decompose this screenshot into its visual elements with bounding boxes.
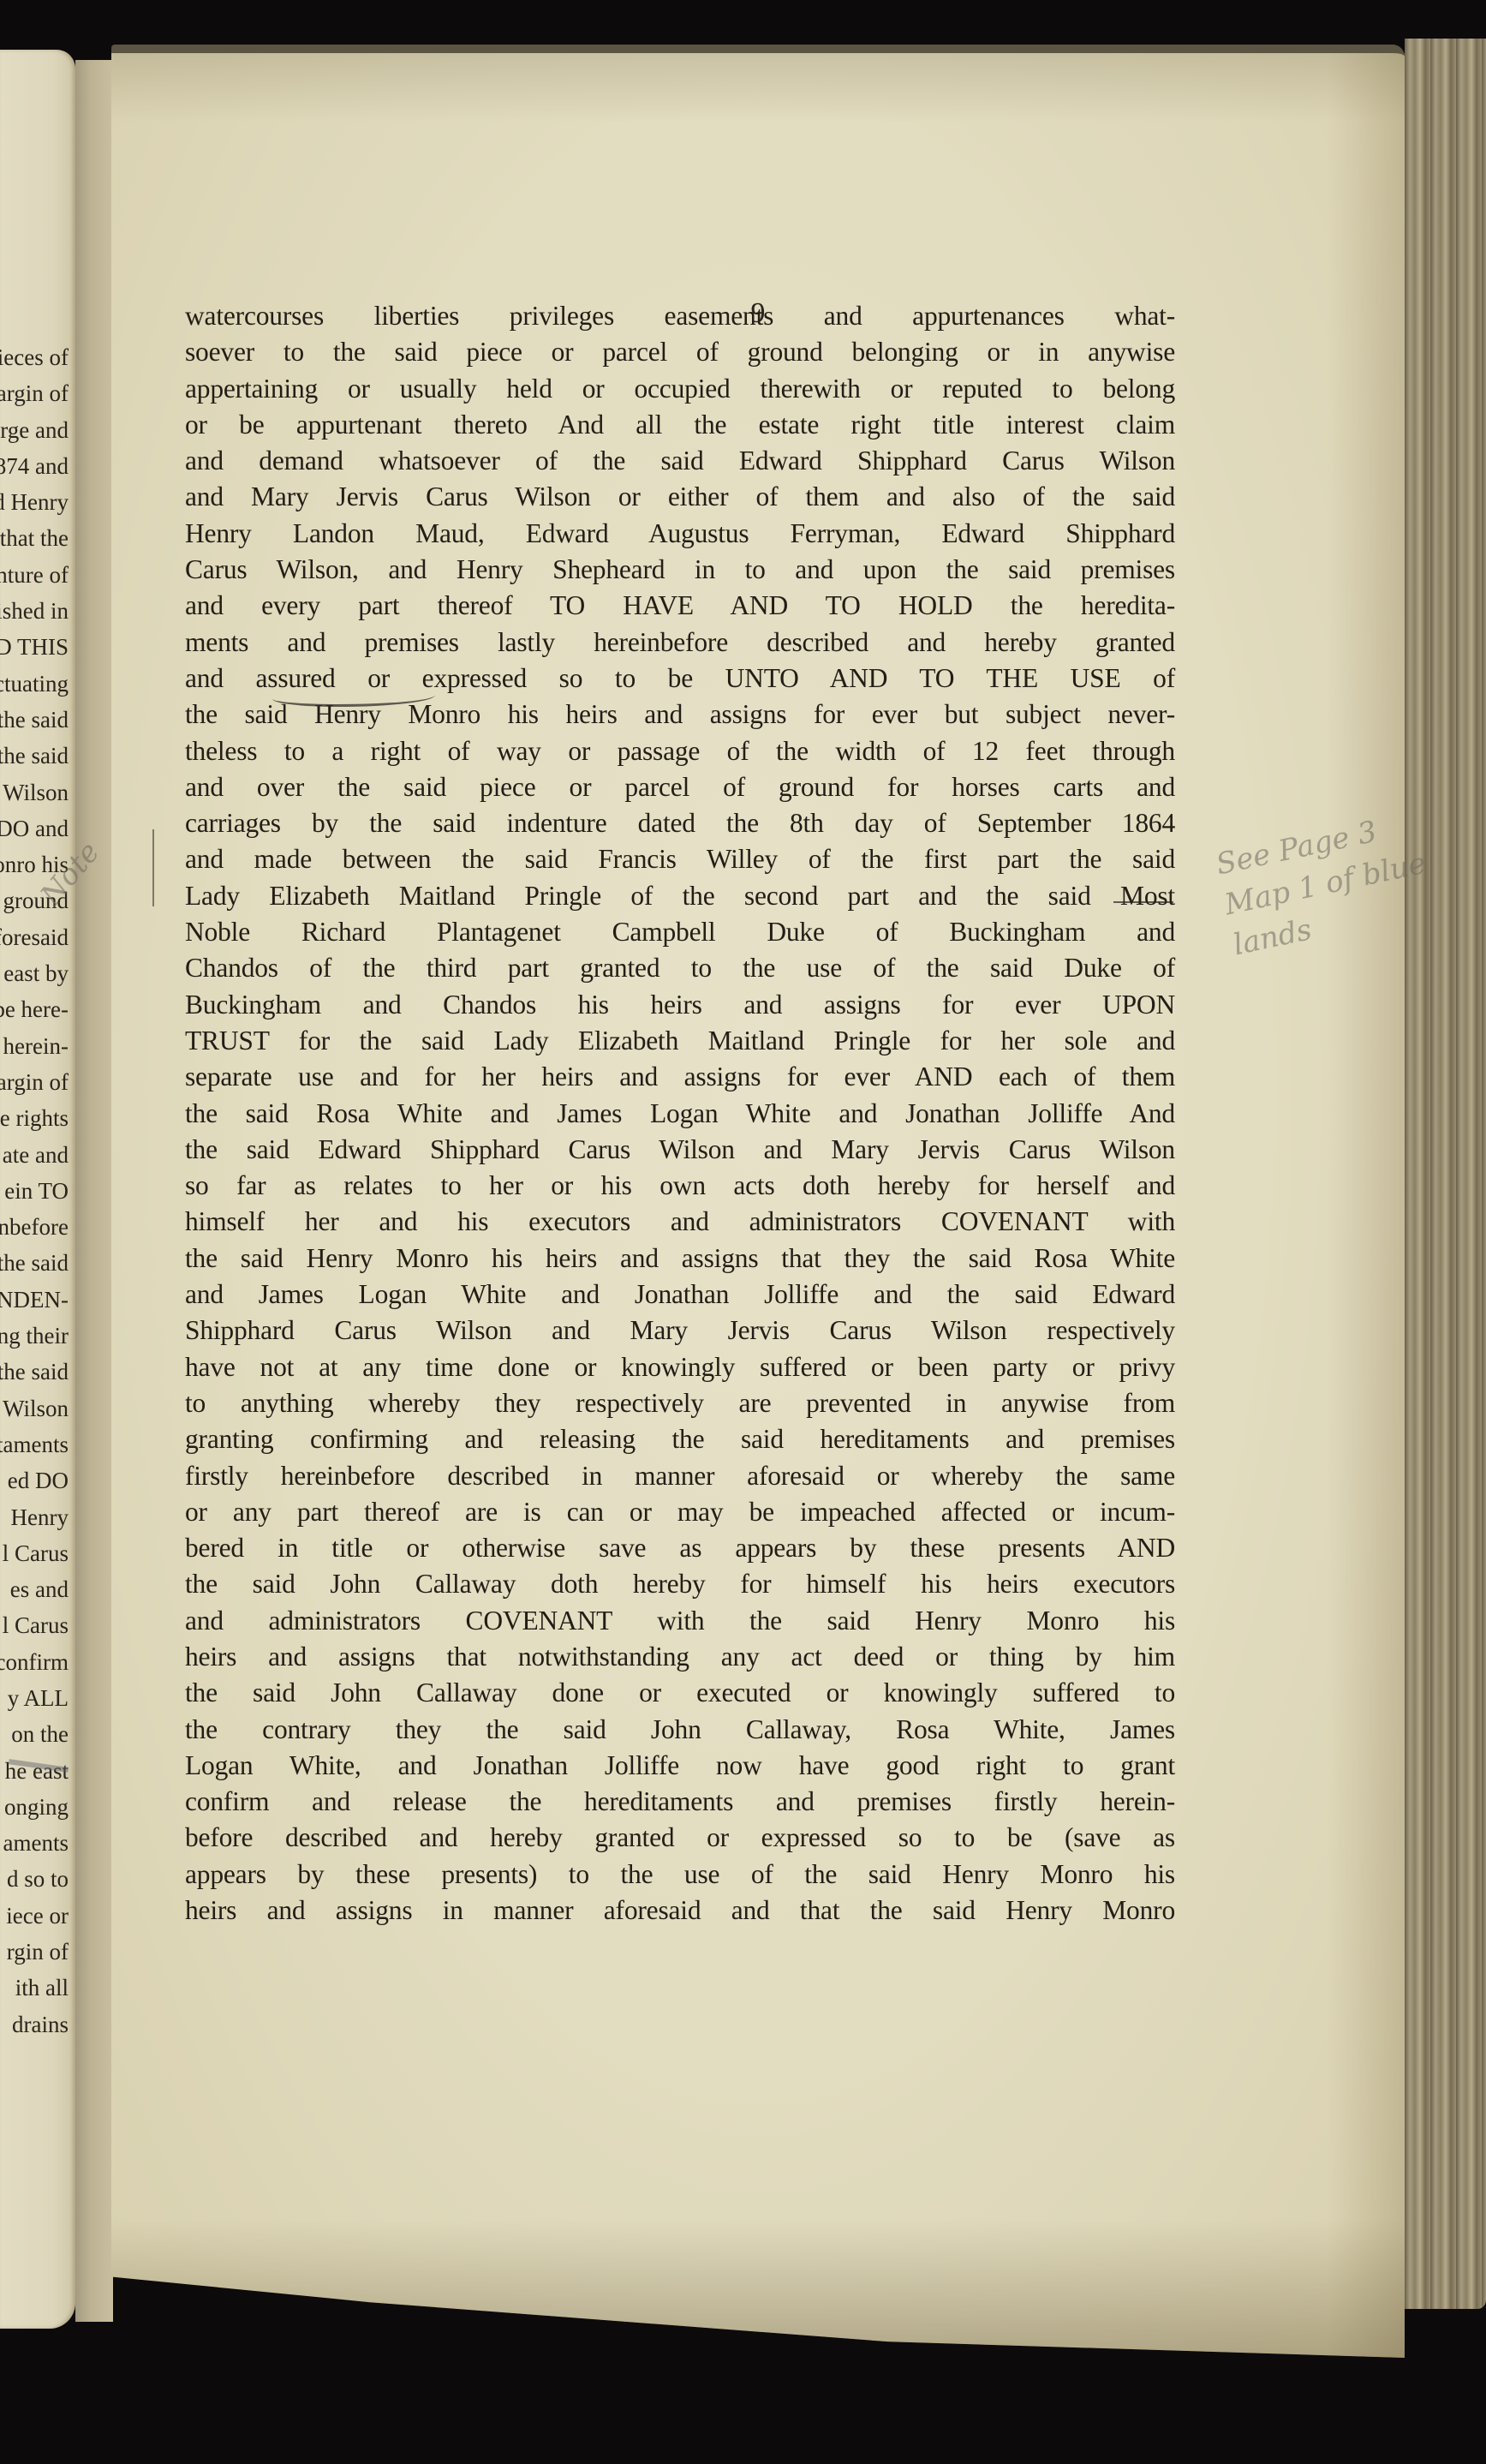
left-page-line: ed DO [0, 1462, 69, 1498]
text-line: Carus Wilson, and Henry Shepheard in to … [185, 552, 1175, 588]
left-page-line: ith all [0, 1970, 69, 2006]
left-page-line: l Carus [0, 1607, 69, 1643]
text-line: the said Henry Monro his heirs and assig… [185, 1241, 1175, 1277]
left-page-line: the said [0, 702, 69, 738]
text-line: so far as relates to her or his own acts… [185, 1168, 1175, 1204]
left-page-line: enture of [0, 557, 69, 593]
left-page-line: 1874 and [0, 448, 69, 484]
text-line: granting confirming and releasing the sa… [185, 1421, 1175, 1457]
left-page-line: y ALL [0, 1680, 69, 1716]
text-line: Logan White, and Jonathan Jolliffe now h… [185, 1748, 1175, 1784]
text-line: bered in title or otherwise save as appe… [185, 1530, 1175, 1566]
text-line: appears by these presents) to the use of… [185, 1857, 1175, 1893]
text-line: Buckingham and Chandos his heirs and ass… [185, 987, 1175, 1023]
left-page-line: the said [0, 1245, 69, 1281]
text-line: the said Edward Shipphard Carus Wilson a… [185, 1132, 1175, 1168]
left-page-line: es and [0, 1571, 69, 1607]
text-line: Shipphard Carus Wilson and Mary Jervis C… [185, 1313, 1175, 1349]
previous-page-text-fragments: pieces ofmargin ofharge and1874 andid He… [0, 339, 69, 2042]
left-page-line: ate and [0, 1137, 69, 1173]
text-line: the contrary they the said John Callaway… [185, 1712, 1175, 1748]
text-line: himself her and his executors and admini… [185, 1204, 1175, 1240]
left-page-line: Wilson [0, 1390, 69, 1426]
text-line: separate use and for her heirs and assig… [185, 1059, 1175, 1095]
text-line: Lady Elizabeth Maitland Pringle of the s… [185, 878, 1175, 914]
left-page-line: d so to [0, 1861, 69, 1897]
text-line: carriages by the said indenture dated th… [185, 805, 1175, 841]
left-page-line: e east by [0, 955, 69, 991]
left-page-line: be here- [0, 991, 69, 1027]
left-page-line: that the [0, 520, 69, 556]
text-line: and every part thereof TO HAVE AND TO HO… [185, 588, 1175, 624]
handwritten-underline-1864 [1113, 898, 1173, 903]
text-line: or any part thereof are is can or may be… [185, 1494, 1175, 1530]
left-page-line: NDEN- [0, 1282, 69, 1318]
text-line: and James Logan White and Jonathan Jolli… [185, 1277, 1175, 1313]
left-page-line: aments [0, 1825, 69, 1861]
left-page-line: ein TO [0, 1173, 69, 1209]
left-page-line: the said [0, 1354, 69, 1390]
deed-body-text: watercourses liberties privileges easeme… [185, 298, 1175, 1929]
left-page-line: taments [0, 1426, 69, 1462]
left-page-line: Henry [0, 1499, 69, 1535]
text-line: Henry Landon Maud, Edward Augustus Ferry… [185, 516, 1175, 552]
text-line: Noble Richard Plantagenet Campbell Duke … [185, 914, 1175, 950]
text-line: confirm and release the hereditaments an… [185, 1784, 1175, 1820]
left-page-line: l Carus [0, 1535, 69, 1571]
left-page-line: inbefore [0, 1209, 69, 1245]
previous-page-edge: pieces ofmargin ofharge and1874 andid He… [0, 50, 75, 2329]
text-line: and administrators COVENANT with the sai… [185, 1603, 1175, 1639]
left-page-line: drains [0, 2006, 69, 2042]
left-page-line: uished in [0, 593, 69, 629]
text-line: ments and premises lastly hereinbefore d… [185, 625, 1175, 661]
left-page-line: margin of [0, 375, 69, 411]
scanned-book-spread: pieces ofmargin ofharge and1874 andid He… [0, 0, 1486, 2464]
text-line: before described and hereby granted or e… [185, 1820, 1175, 1856]
text-line: the said Rosa White and James Logan Whit… [185, 1096, 1175, 1132]
text-line: or be appurtenant thereto And all the es… [185, 407, 1175, 443]
left-page-line: DO and [0, 810, 69, 846]
left-page-line: Wilson [0, 774, 69, 810]
page-stack-fore-edge [1405, 39, 1486, 2309]
left-page-line: id Henry [0, 484, 69, 520]
text-line: theless to a right of way or passage of … [185, 733, 1175, 769]
text-line: heirs and assigns that notwithstanding a… [185, 1639, 1175, 1675]
text-line: soever to the said piece or parcel of gr… [185, 334, 1175, 370]
left-page-line: pieces of [0, 339, 69, 375]
left-page-line: the said [0, 738, 69, 774]
text-line: have not at any time done or knowingly s… [185, 1349, 1175, 1385]
left-page-line: rgin of [0, 1934, 69, 1970]
text-line: the said John Callaway doth hereby for h… [185, 1566, 1175, 1602]
text-line: TRUST for the said Lady Elizabeth Maitla… [185, 1023, 1175, 1059]
left-page-line: onging [0, 1789, 69, 1825]
margin-bracket-mark [152, 829, 158, 906]
book-gutter [75, 60, 113, 2322]
text-line: and made between the said Francis Willey… [185, 841, 1175, 877]
left-page-line: iece or [0, 1898, 69, 1934]
left-page-line: e rights [0, 1100, 69, 1136]
text-line: Chandos of the third part granted to the… [185, 950, 1175, 986]
left-page-line: ng their [0, 1318, 69, 1354]
left-page-line: D THIS [0, 629, 69, 665]
left-page-line: confirm [0, 1644, 69, 1680]
text-line: to anything whereby they respectively ar… [185, 1385, 1175, 1421]
left-page-line: aforesaid [0, 919, 69, 955]
text-line: and Mary Jervis Carus Wilson or either o… [185, 479, 1175, 515]
left-page-line: harge and [0, 412, 69, 448]
text-line: firstly hereinbefore described in manner… [185, 1458, 1175, 1494]
text-line: appertaining or usually held or occupied… [185, 371, 1175, 407]
text-line: the said John Callaway done or executed … [185, 1675, 1175, 1711]
left-page-line: herein- [0, 1028, 69, 1064]
text-line: and demand whatsoever of the said Edward… [185, 443, 1175, 479]
left-page-line: ectuating [0, 666, 69, 702]
text-line: heirs and assigns in manner aforesaid an… [185, 1893, 1175, 1929]
text-line: and over the said piece or parcel of gro… [185, 769, 1175, 805]
left-page-line: on the [0, 1716, 69, 1752]
text-line: watercourses liberties privileges easeme… [185, 298, 1175, 334]
left-page-line: argin of [0, 1064, 69, 1100]
